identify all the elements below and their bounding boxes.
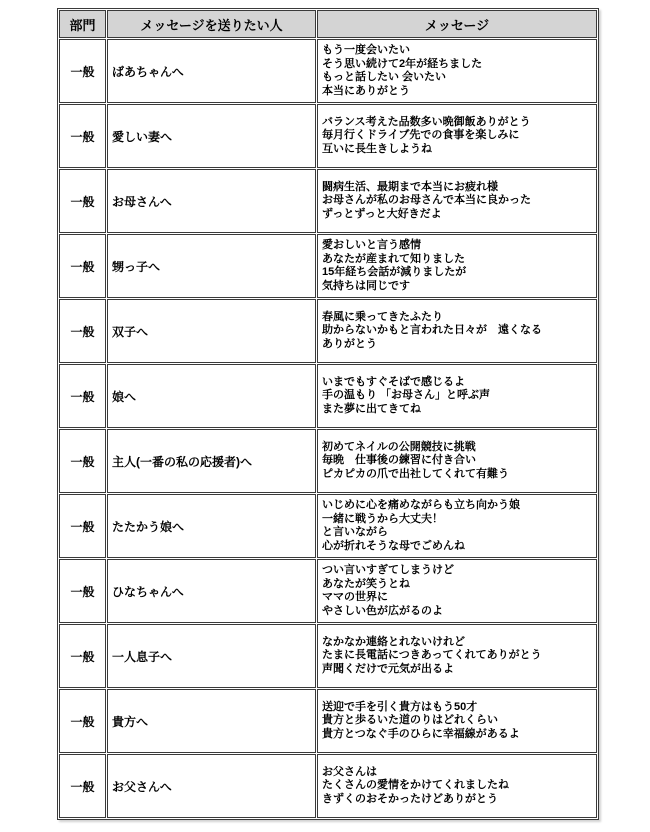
message-cell: バランス考えた品数多い晩御飯ありがとう 毎月行くドライブ先での食事を楽しみに 互…	[317, 104, 597, 168]
message-cell: なかなか連絡とれないけれど たまに長電話につきあってくれてありがとう 声聞くだけ…	[317, 624, 597, 688]
table-row: 一般 愛しい妻へ バランス考えた品数多い晩御飯ありがとう 毎月行くドライブ先での…	[59, 104, 597, 168]
page: 部門 メッセージを送りたい人 メッセージ 一般 ばあちゃんへ もう一度会いたい …	[0, 0, 650, 832]
message-cell: お父さんは たくさんの愛情をかけてくれましたね きずくのおそかったけどありがとう	[317, 754, 597, 818]
message-cell: 春風に乗ってきたふたり 助からないかもと言われた日々が 遠くなる ありがとう	[317, 299, 597, 363]
header-row: 部門 メッセージを送りたい人 メッセージ	[59, 10, 597, 38]
recipient-cell: お母さんへ	[107, 169, 316, 233]
table-row: 一般 ばあちゃんへ もう一度会いたい そう思い続けて2年が経ちました もっと話し…	[59, 39, 597, 103]
department-cell: 一般	[59, 624, 106, 688]
table-row: 一般 主人(一番の私の応援者)へ 初めてネイルの公開競技に挑戦 毎晩 仕事後の練…	[59, 429, 597, 493]
recipient-cell: 主人(一番の私の応援者)へ	[107, 429, 316, 493]
department-cell: 一般	[59, 754, 106, 818]
department-cell: 一般	[59, 494, 106, 558]
table-row: 一般 娘へ いまでもすぐそばで感じるよ 手の温もり 「お母さん」と呼ぶ声 また夢…	[59, 364, 597, 428]
message-cell: いじめに心を痛めながらも立ち向かう娘 一緒に戦うから大丈夫！ と言いながら 心が…	[317, 494, 597, 558]
recipient-cell: 貴方へ	[107, 689, 316, 753]
message-cell: 送迎で手を引く貴方はもう50才 貴方と歩るいた道のりはどれくらい 貴方とつなぐ手…	[317, 689, 597, 753]
message-cell: 愛おしいと言う感情 あなたが産まれて知りました 15年経ち会話が減りましたが 気…	[317, 234, 597, 298]
table-row: 一般 甥っ子へ 愛おしいと言う感情 あなたが産まれて知りました 15年経ち会話が…	[59, 234, 597, 298]
table-row: 一般 たたかう娘へ いじめに心を痛めながらも立ち向かう娘 一緒に戦うから大丈夫！…	[59, 494, 597, 558]
table-row: 一般 ひなちゃんへ つい言いすぎてしまうけど あなたが笑うとね ママの世界に や…	[59, 559, 597, 623]
message-cell: 闘病生活、最期まで本当にお疲れ様 お母さんが私のお母さんで本当に良かった ずっと…	[317, 169, 597, 233]
department-cell: 一般	[59, 689, 106, 753]
recipient-cell: 娘へ	[107, 364, 316, 428]
department-cell: 一般	[59, 299, 106, 363]
table-row: 一般 双子へ 春風に乗ってきたふたり 助からないかもと言われた日々が 遠くなる …	[59, 299, 597, 363]
department-cell: 一般	[59, 169, 106, 233]
message-cell: いまでもすぐそばで感じるよ 手の温もり 「お母さん」と呼ぶ声 また夢に出てきてね	[317, 364, 597, 428]
col-header-message: メッセージ	[317, 10, 597, 38]
recipient-cell: 双子へ	[107, 299, 316, 363]
col-header-recipient: メッセージを送りたい人	[107, 10, 316, 38]
recipient-cell: 一人息子へ	[107, 624, 316, 688]
table-row: 一般 お母さんへ 闘病生活、最期まで本当にお疲れ様 お母さんが私のお母さんで本当…	[59, 169, 597, 233]
department-cell: 一般	[59, 364, 106, 428]
department-cell: 一般	[59, 429, 106, 493]
recipient-cell: 甥っ子へ	[107, 234, 316, 298]
department-cell: 一般	[59, 39, 106, 103]
recipient-cell: ばあちゃんへ	[107, 39, 316, 103]
message-table: 部門 メッセージを送りたい人 メッセージ 一般 ばあちゃんへ もう一度会いたい …	[57, 8, 599, 820]
message-cell: つい言いすぎてしまうけど あなたが笑うとね ママの世界に やさしい色が広がるのよ	[317, 559, 597, 623]
table-row: 一般 一人息子へ なかなか連絡とれないけれど たまに長電話につきあってくれてあり…	[59, 624, 597, 688]
table-row: 一般 貴方へ 送迎で手を引く貴方はもう50才 貴方と歩るいた道のりはどれくらい …	[59, 689, 597, 753]
recipient-cell: お父さんへ	[107, 754, 316, 818]
table-row: 一般 お父さんへ お父さんは たくさんの愛情をかけてくれましたね きずくのおそか…	[59, 754, 597, 818]
department-cell: 一般	[59, 559, 106, 623]
message-cell: 初めてネイルの公開競技に挑戦 毎晩 仕事後の練習に付き合い ピカピカの爪で出社し…	[317, 429, 597, 493]
message-cell: もう一度会いたい そう思い続けて2年が経ちました もっと話したい 会いたい 本当…	[317, 39, 597, 103]
department-cell: 一般	[59, 234, 106, 298]
recipient-cell: 愛しい妻へ	[107, 104, 316, 168]
recipient-cell: たたかう娘へ	[107, 494, 316, 558]
recipient-cell: ひなちゃんへ	[107, 559, 316, 623]
department-cell: 一般	[59, 104, 106, 168]
col-header-department: 部門	[59, 10, 106, 38]
